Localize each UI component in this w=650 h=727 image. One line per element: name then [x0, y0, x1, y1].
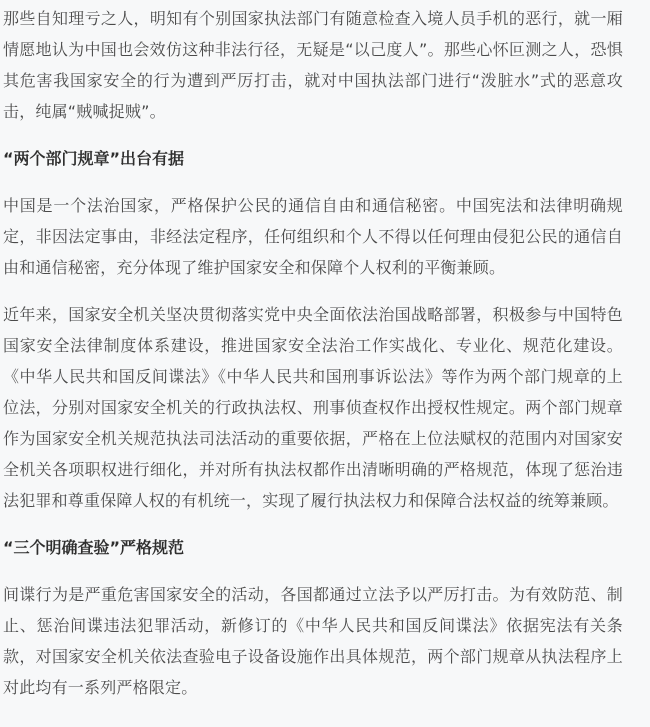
paragraph-rule-of-law: 中国是一个法治国家，严格保护公民的通信自由和通信秘密。中国宪法和法律明确规定，非…: [3, 190, 623, 283]
paragraph-espionage: 间谍行为是严重危害国家安全的活动，各国都通过立法予以严厉打击。为有效防范、制止、…: [3, 579, 623, 703]
paragraph-intro: 那些自知理亏之人，明知有个别国家执法部门有随意检查入境人员手机的恶行，就一厢情愿…: [3, 3, 623, 127]
paragraph-legal-basis: 近年来，国家安全机关坚决贯彻落实党中央全面依法治国战略部署，积极参与中国特色国家…: [3, 299, 623, 516]
article-body: 那些自知理亏之人，明知有个别国家执法部门有随意检查入境人员手机的恶行，就一厢情愿…: [0, 3, 623, 703]
section-heading-three-inspections: “三个明确查验”严格规范: [3, 532, 623, 563]
section-heading-two-regulations: “两个部门规章”出台有据: [3, 143, 623, 174]
